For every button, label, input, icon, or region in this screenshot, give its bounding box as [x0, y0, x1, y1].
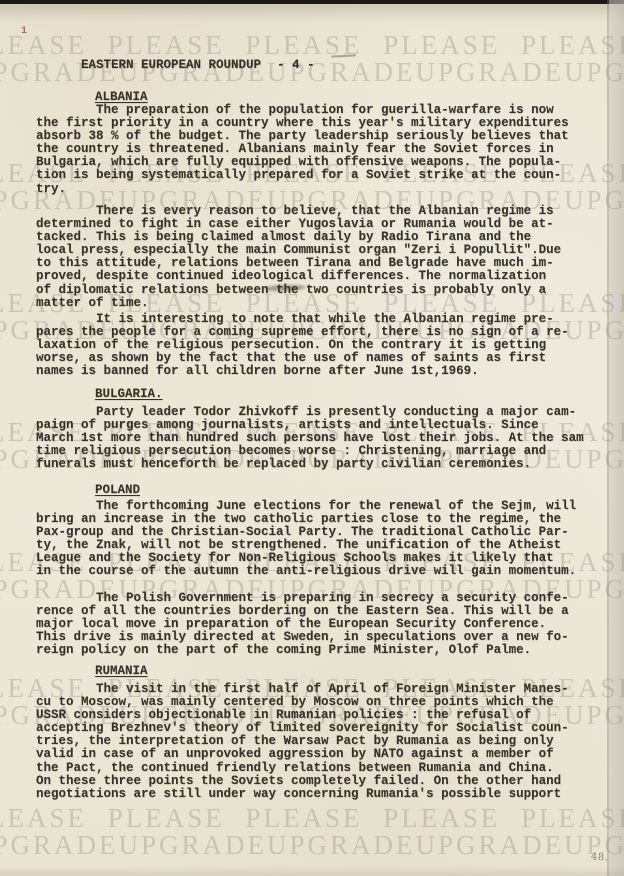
section-heading-poland: POLAND — [95, 484, 140, 497]
paragraph-albania-3: It is interesting to note that while the… — [36, 313, 569, 378]
section-heading-text: BULGARIA. — [95, 387, 163, 401]
document-header: EASTERN EUROPEAN ROUNDUP- 4 - — [36, 46, 315, 85]
paragraph-poland-1: The forthcoming June elections for the r… — [36, 500, 576, 579]
section-heading-rumania: RUMANIA — [95, 665, 148, 678]
paragraph-poland-2: The Polish Government is preparing in se… — [36, 592, 569, 657]
pencil-page-number: 48. — [591, 852, 609, 864]
section-heading-text: RUMANIA — [95, 664, 148, 678]
paragraph-bulgaria-1: Party leader Todor Zhivkoff is presently… — [36, 406, 584, 471]
paragraph-albania-1: The preparation of the population for gu… — [36, 104, 569, 196]
section-heading-text: POLAND — [95, 483, 140, 497]
scanned-page: PLEASEPLEASEPLEASEPLEASEPLEASE UPGRADEUP… — [0, 0, 624, 876]
paragraph-rumania-1: The visit in the first half of April of … — [36, 683, 569, 801]
document-title: EASTERN EUROPEAN ROUNDUP — [81, 58, 261, 72]
paragraph-albania-2: There is every reason to believe, that t… — [36, 205, 561, 310]
section-heading-text: ALBANIA — [95, 90, 148, 104]
page-edge-right — [609, 0, 624, 876]
corner-stamp-digit: 1 — [21, 26, 27, 37]
page-number-label: - 4 - — [277, 58, 315, 72]
document-content: EASTERN EUROPEAN ROUNDUP- 4 - ALBANIA Th… — [36, 0, 611, 876]
section-heading-bulgaria: BULGARIA. — [95, 388, 163, 401]
